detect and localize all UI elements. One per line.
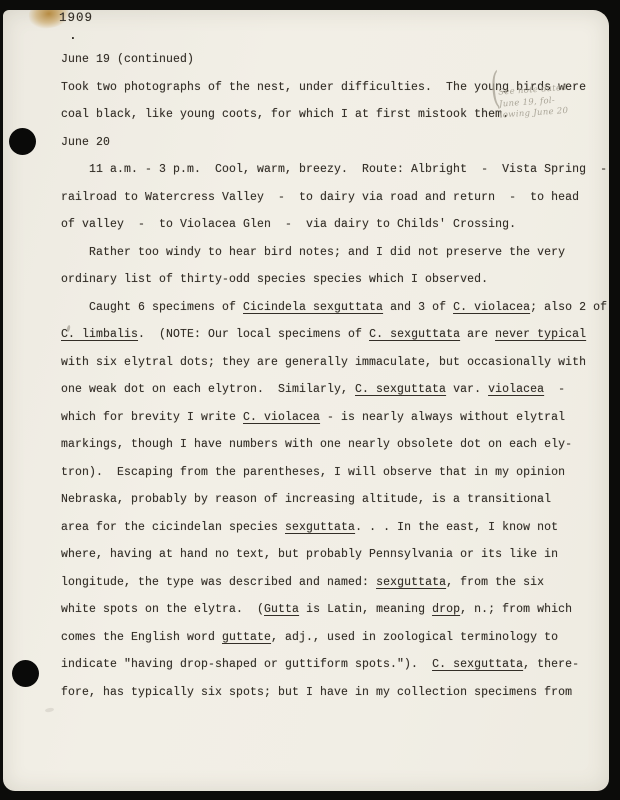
typed-text-segment: and 3 of <box>383 301 453 314</box>
annotation-brace: ( <box>490 82 500 94</box>
typed-period: . <box>69 28 77 43</box>
typed-text-segment: one weak dot on each elytron. Similarly, <box>61 383 355 396</box>
typed-text-block: June 19 (continued)Took two photographs … <box>61 46 609 706</box>
typed-text-segment: fore, has typically six spots; but I hav… <box>61 686 572 699</box>
underlined-text: C. sexguttata <box>355 383 446 396</box>
typed-text-segment: is Latin, meaning <box>299 603 432 616</box>
typed-line: markings, though I have numbers with one… <box>61 431 609 459</box>
typed-text-segment: , from the six <box>446 576 544 589</box>
typed-text-segment: Caught 6 specimens of <box>61 301 243 314</box>
hole-punch-bottom <box>12 660 39 687</box>
typed-text-segment: June 20 <box>61 136 110 149</box>
typed-text-segment: indicate "having drop-shaped or guttifor… <box>61 658 432 671</box>
typed-text-segment: - is nearly always without elytral <box>320 411 565 424</box>
underlined-text: never typical <box>495 328 586 341</box>
underlined-text: sexguttata <box>285 521 355 534</box>
typed-line: fore, has typically six spots; but I hav… <box>61 679 609 707</box>
typed-text-segment: ordinary list of thirty-odd species spec… <box>61 273 488 286</box>
typed-text-segment: of valley - to Violacea Glen - via dairy… <box>61 218 516 231</box>
typed-text-segment: June 19 (continued) <box>61 53 194 66</box>
typed-line: Rather too windy to hear bird notes; and… <box>61 239 609 267</box>
typed-text-segment: comes the English word <box>61 631 222 644</box>
typed-line: white spots on the elytra. (Gutta is Lat… <box>61 596 609 624</box>
underlined-text: Cicindela sexguttata <box>243 301 383 314</box>
typed-line: Nebraska, probably by reason of increasi… <box>61 486 609 514</box>
typed-line: of valley - to Violacea Glen - via dairy… <box>61 211 609 239</box>
typed-line: indicate "having drop-shaped or guttifor… <box>61 651 609 679</box>
typed-line: which for brevity I write C. violacea - … <box>61 404 609 432</box>
annotation-lines: See note datedJune 19, fol-lowing June 2… <box>498 80 604 122</box>
typed-line: where, having at hand no text, but proba… <box>61 541 609 569</box>
typed-line: railroad to Watercress Valley - to dairy… <box>61 184 609 212</box>
typed-text-segment: var. <box>446 383 488 396</box>
typed-line: longitude, the type was described and na… <box>61 569 609 597</box>
underlined-text: C. limbalis <box>61 328 138 341</box>
year-heading: 1909 <box>59 11 93 25</box>
typed-line: with six elytral dots; they are generall… <box>61 349 609 377</box>
typed-text-segment: Nebraska, probably by reason of increasi… <box>61 493 551 506</box>
typed-text-segment: longitude, the type was described and na… <box>61 576 376 589</box>
underlined-text: C. violacea <box>243 411 320 424</box>
underlined-text: C. violacea <box>453 301 530 314</box>
typed-text-segment: which for brevity I write <box>61 411 243 424</box>
typed-text-segment: white spots on the elytra. ( <box>61 603 264 616</box>
typed-line: tron). Escaping from the parentheses, I … <box>61 459 609 487</box>
underlined-text: violacea <box>488 383 544 396</box>
typed-line: 11 a.m. - 3 p.m. Cool, warm, breezy. Rou… <box>61 156 609 184</box>
typed-text-segment: with six elytral dots; they are generall… <box>61 356 586 369</box>
typed-line: C. limbalis. (NOTE: Our local specimens … <box>61 321 609 349</box>
underlined-text: drop <box>432 603 460 616</box>
typed-text-segment: where, having at hand no text, but proba… <box>61 548 558 561</box>
typed-text-segment: area for the cicindelan species <box>61 521 285 534</box>
journal-page: 1909 . June 19 (continued)Took two photo… <box>3 10 609 791</box>
typed-text-segment: tron). Escaping from the parentheses, I … <box>61 466 565 479</box>
typed-text-segment: . (NOTE: Our local specimens of <box>138 328 369 341</box>
typed-line: comes the English word guttate, adj., us… <box>61 624 609 652</box>
handwritten-note: ( See note datedJune 19, fol-lowing June… <box>498 80 604 122</box>
typed-text-segment: ; also 2 of <box>530 301 607 314</box>
typed-text-segment: Rather too windy to hear bird notes; and… <box>61 246 565 259</box>
typed-text-segment: railroad to Watercress Valley - to dairy… <box>61 191 579 204</box>
underlined-text: guttate <box>222 631 271 644</box>
pencil-smudge <box>45 707 55 713</box>
underlined-text: C. sexguttata <box>369 328 460 341</box>
underlined-text: Gutta <box>264 603 299 616</box>
typed-line: ordinary list of thirty-odd species spec… <box>61 266 609 294</box>
typed-text-segment: , n.; from which <box>460 603 572 616</box>
typed-line: Caught 6 specimens of Cicindela sexgutta… <box>61 294 609 322</box>
typed-line: one weak dot on each elytron. Similarly,… <box>61 376 609 404</box>
scan-background: { "colors": { "ink": "#332e27", "paper":… <box>0 0 620 800</box>
typed-line: June 19 (continued) <box>61 46 609 74</box>
typed-text-segment: - <box>544 383 565 396</box>
typed-text-segment: markings, though I have numbers with one… <box>61 438 572 451</box>
typed-text-segment: . . . In the east, I know not <box>355 521 558 534</box>
typed-line: June 20 <box>61 129 609 157</box>
underlined-text: C. sexguttata <box>432 658 523 671</box>
underlined-text: sexguttata <box>376 576 446 589</box>
typed-line: area for the cicindelan species sexgutta… <box>61 514 609 542</box>
typed-text-segment: , adj., used in zoological terminology t… <box>271 631 558 644</box>
typed-text-segment: , there- <box>523 658 579 671</box>
typed-text-segment: coal black, like young coots, for which … <box>61 108 509 121</box>
typed-text-segment: 11 a.m. - 3 p.m. Cool, warm, breezy. Rou… <box>61 163 607 176</box>
typed-text-segment: are <box>460 328 495 341</box>
hole-punch-top <box>9 128 36 155</box>
